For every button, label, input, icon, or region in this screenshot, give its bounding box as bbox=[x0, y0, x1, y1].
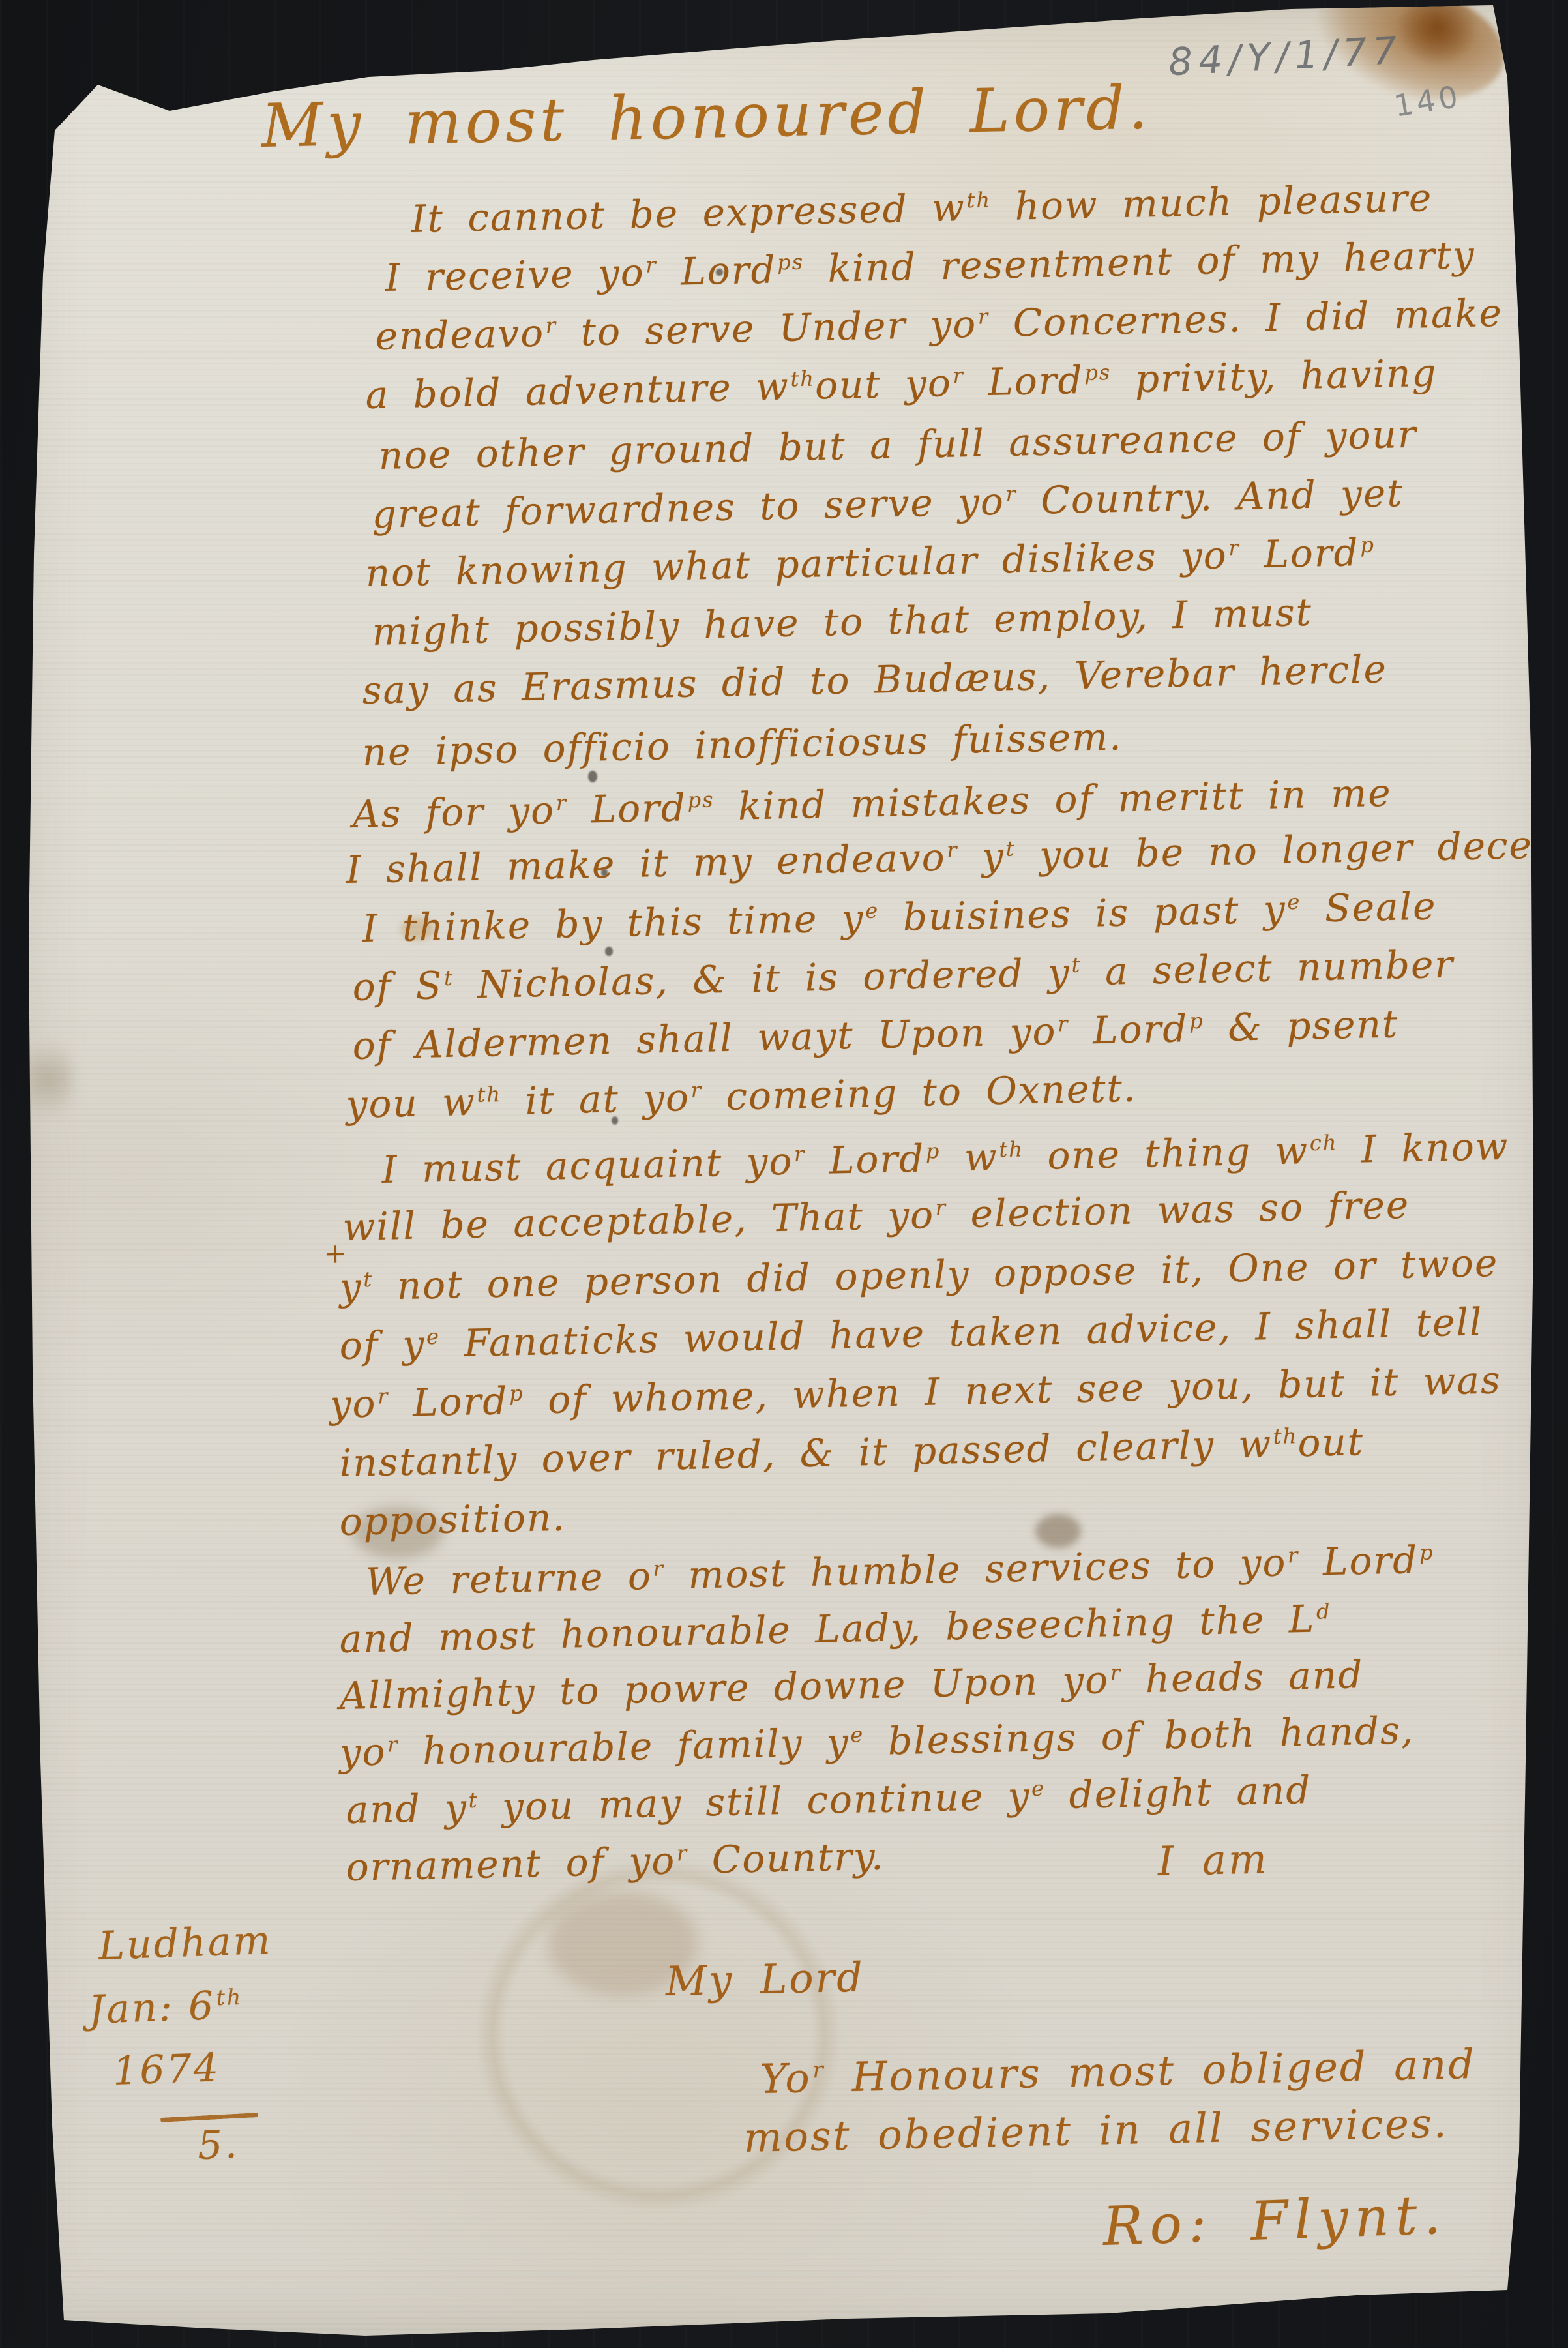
manuscript-line: My most honoured Lord. bbox=[261, 72, 1152, 161]
manuscript-line: instantly over ruled, & it passed clearl… bbox=[339, 1419, 1365, 1485]
photograph-backdrop: { "document": { "kind_label": "handwritt… bbox=[0, 0, 1568, 2348]
manuscript-line: Yor Honours most obliged and bbox=[760, 2040, 1477, 2103]
ink-fleck bbox=[605, 947, 613, 956]
rust-stain-core bbox=[1395, 0, 1480, 65]
manuscript-line: I thinke by this time ye buisines is pas… bbox=[362, 884, 1437, 950]
manuscript-line: a bold adventure wthout yor Lordps privi… bbox=[365, 351, 1438, 417]
manuscript-line: great forwardnes to serve yor Country. A… bbox=[372, 471, 1404, 537]
manuscript-line: We returne or most humble services to yo… bbox=[365, 1538, 1434, 1604]
manuscript-line: yor honourable family ye blessings of bo… bbox=[339, 1708, 1415, 1775]
manuscript-line: might possibly have to that employ, I mu… bbox=[372, 590, 1313, 654]
manuscript-line: yor Lordp of whome, when I next see you,… bbox=[329, 1358, 1501, 1427]
manuscript-line: As for yor Lordps kind mistakes of merit… bbox=[352, 771, 1392, 837]
ink-fleck bbox=[588, 771, 597, 782]
manuscript-line: ne ipso officio inofficiosus fuissem. bbox=[362, 715, 1123, 775]
letter-paper: 84/Y/1/77 140 My most honoured Lord.It c… bbox=[0, 0, 1568, 2348]
manuscript-line: and most honourable Lady, beseeching the… bbox=[339, 1596, 1331, 1661]
manuscript-line: say as Erasmus did to Budæus, Verebar he… bbox=[362, 647, 1387, 713]
manuscript-line: Allmighty to powre downe Upon yor heads … bbox=[339, 1652, 1364, 1718]
manuscript-line: noe other ground but a full assureance o… bbox=[378, 412, 1417, 478]
manuscript-line: most obedient in all services. bbox=[743, 2099, 1449, 2162]
manuscript-line: of ye Fanaticks would have taken advice,… bbox=[339, 1300, 1483, 1368]
manuscript-line: yt not one person did openly oppose it, … bbox=[339, 1241, 1499, 1309]
water-stain-ring bbox=[456, 1839, 861, 2230]
manuscript-line: of Aldermen shall wayt Upon yor Lordp & … bbox=[352, 1002, 1399, 1068]
manuscript-line: and yt you may still continue ye delight… bbox=[346, 1768, 1312, 1832]
manuscript-line: opposition. bbox=[339, 1495, 566, 1544]
manuscript-line: 5. bbox=[197, 2122, 240, 2169]
manuscript-line: will be acceptable, That yor election wa… bbox=[342, 1183, 1410, 1249]
manuscript-line: I must acquaint yor Lordp wth one thing … bbox=[381, 1124, 1509, 1192]
manuscript-line: endeavor to serve Under yor Concernes. I… bbox=[375, 291, 1503, 359]
folio-number-pencil: 140 bbox=[1391, 78, 1463, 123]
archival-reference-pencil: 84/Y/1/77 bbox=[1167, 28, 1404, 85]
manuscript-line: you wth it at yor comeing to Oxnett. bbox=[346, 1066, 1137, 1127]
manuscript-line: not knowing what particular dislikes yor… bbox=[365, 530, 1376, 595]
date-fraction-bar bbox=[160, 2113, 258, 2122]
manuscript-line: I receive yor Lordps kind resentment of … bbox=[385, 233, 1475, 300]
manuscript-line: 1674 bbox=[112, 2045, 221, 2094]
edge-smudge bbox=[22, 1030, 74, 1128]
manuscript-line: It cannot be expressed wth how much plea… bbox=[411, 175, 1433, 241]
manuscript-line: Jan: 6th bbox=[88, 1982, 244, 2033]
ink-spot bbox=[1035, 1514, 1081, 1548]
manuscript-line: Ludham bbox=[98, 1918, 273, 1969]
manuscript-line: My Lord bbox=[665, 1954, 865, 2005]
manuscript-line: of St Nicholas, & it is ordered yt a sel… bbox=[352, 942, 1455, 1009]
manuscript-line: Ro: Flynt. bbox=[1102, 2184, 1448, 2258]
manuscript-line: ornament of yor Country. bbox=[346, 1834, 885, 1890]
manuscript-line: I am bbox=[1157, 1835, 1269, 1885]
